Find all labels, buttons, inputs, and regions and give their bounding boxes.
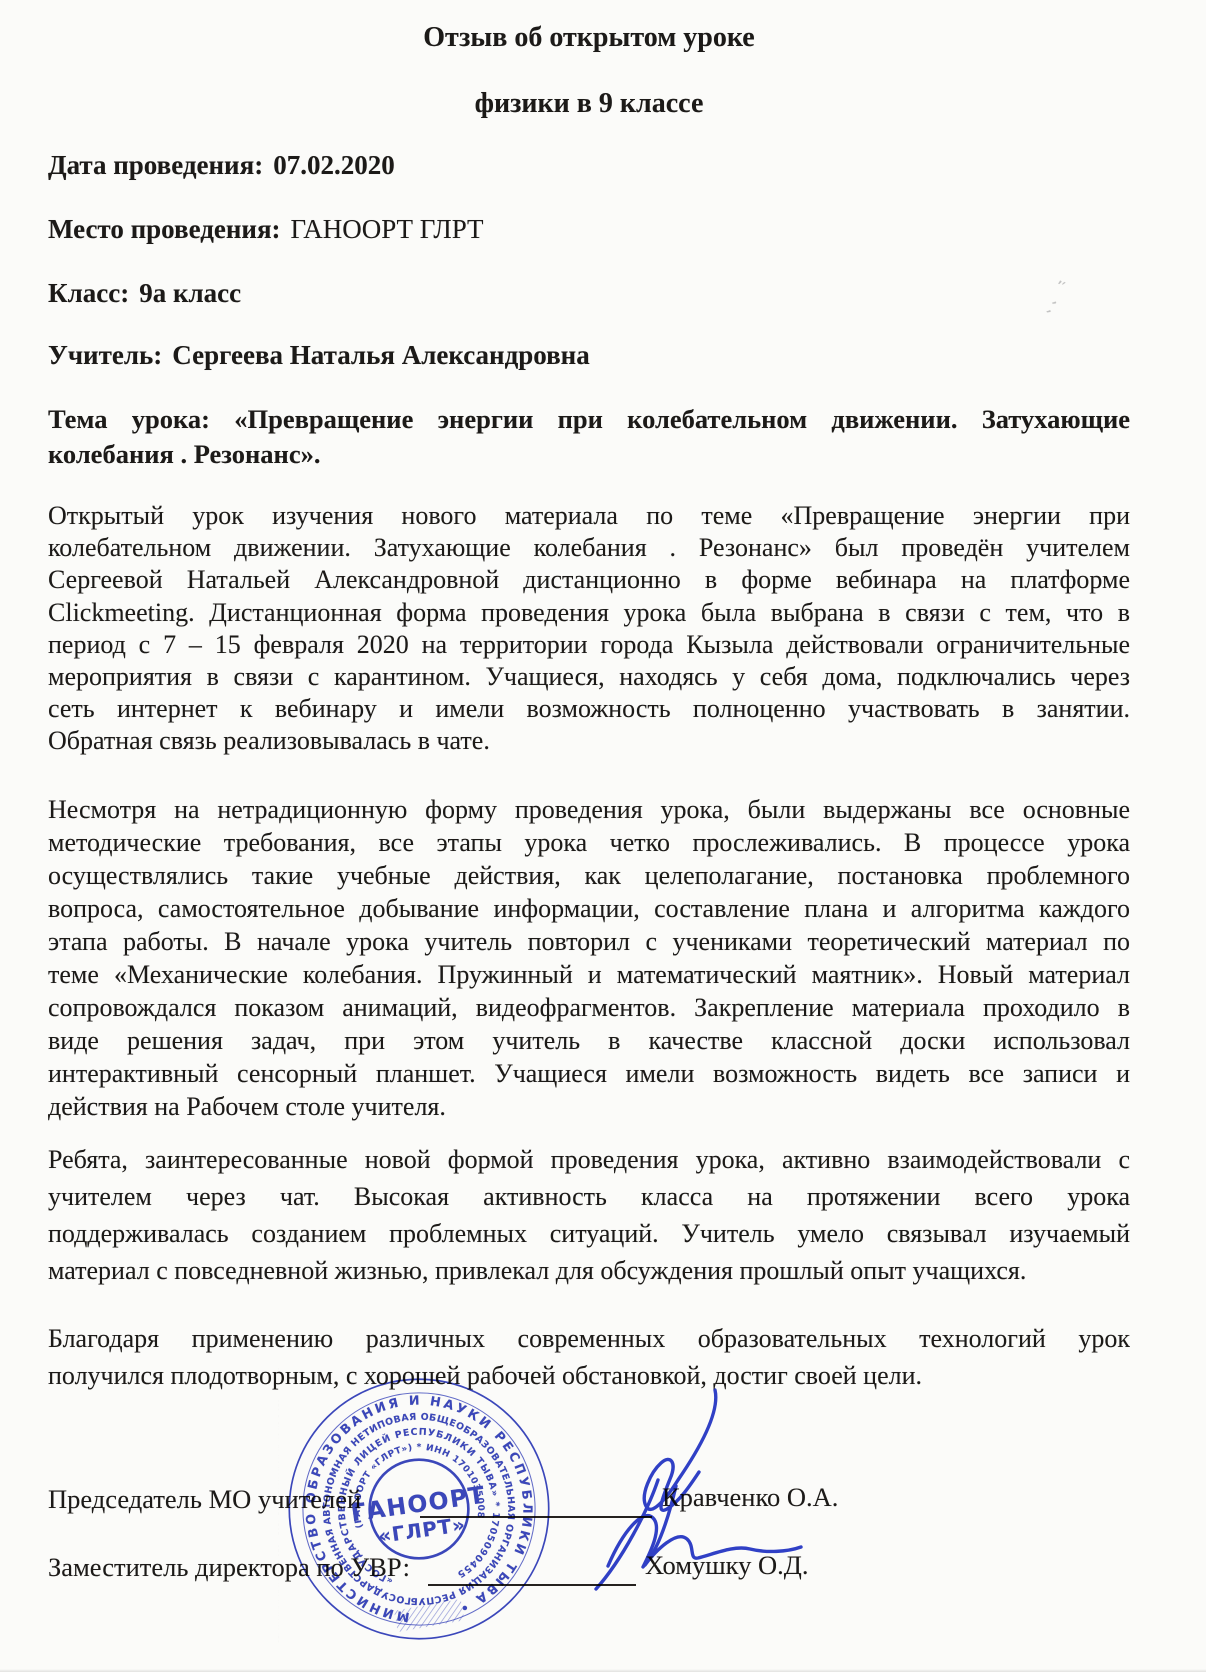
paragraph-line: осуществлялись такие учебные действия, к… xyxy=(48,859,1130,892)
paragraph-line: Несмотря на нетрадиционную форму проведе… xyxy=(48,793,1130,826)
document-title: Отзыв об открытом уроке xyxy=(48,22,1130,54)
field-date: Дата проведения:07.02.2020 xyxy=(48,150,395,181)
paragraph-line: период с 7 – 15 февраля 2020 на территор… xyxy=(48,629,1130,661)
paragraph-line: вопроса, самостоятельное добывание инфор… xyxy=(48,892,1130,925)
paragraph-line: действия на Рабочем столе учителя. xyxy=(48,1090,1130,1123)
scan-artifact: ’, xyxy=(1042,298,1062,315)
field-teacher-value: Сергеева Наталья Александровна xyxy=(172,340,589,370)
paragraph-line: методические требования, все этапы урока… xyxy=(48,826,1130,859)
paragraph-line: Clickmeeting. Дистанционная форма провед… xyxy=(48,597,1130,629)
stamp-microtext: • СЕРТИФИКАТ № ПС RU В 920 • 2017-10 • С… xyxy=(278,1368,280,1650)
paragraph-line: этапа работы. В начале урока учитель пов… xyxy=(48,925,1130,958)
field-place-label: Место проведения: xyxy=(48,214,281,244)
paragraph-line: Сергеевой Натальей Александровной дистан… xyxy=(48,564,1130,596)
paragraph-line: сеть интернет к вебинару и имели возможн… xyxy=(48,693,1130,725)
field-class-value: 9а класс xyxy=(139,278,241,308)
paragraph-line: поддерживалась созданием проблемных ситу… xyxy=(48,1215,1130,1252)
paragraph-line: интерактивный сенсорный планшет. Учащиес… xyxy=(48,1057,1130,1090)
paragraph-line: учителем через чат. Высокая активность к… xyxy=(48,1178,1130,1215)
field-teacher-label: Учитель: xyxy=(48,340,162,370)
field-date-label: Дата проведения: xyxy=(48,150,263,180)
topic-line: колебания . Резонанс». xyxy=(48,437,1130,472)
paragraph-line: колебательном движении. Затухающие колеб… xyxy=(48,532,1130,564)
paragraph-line: виде решения задач, при этом учитель в к… xyxy=(48,1024,1130,1057)
paragraph-line: мероприятия в связи с карантином. Учащие… xyxy=(48,661,1130,693)
field-place: Место проведения:ГАНООРТ ГЛРТ xyxy=(48,214,484,245)
field-class: Класс:9а класс xyxy=(48,278,241,309)
scan-artifact: ’′ xyxy=(1053,277,1067,297)
document-subtitle: физики в 9 классе xyxy=(48,88,1130,120)
scanned-document-page: Отзыв об открытом уроке физики в 9 класс… xyxy=(0,0,1206,1672)
paragraph-1: Открытый урок изучения нового материала … xyxy=(48,500,1130,758)
field-teacher: Учитель:Сергеева Наталья Александровна xyxy=(48,340,590,371)
paragraph-line: сопровождался показом анимаций, видеофра… xyxy=(48,991,1130,1024)
paragraph-line: Благодаря применению различных современн… xyxy=(48,1320,1130,1357)
paragraph-line: Ребята, заинтересованные новой формой пр… xyxy=(48,1141,1130,1178)
field-class-label: Класс: xyxy=(48,278,129,308)
field-date-value: 07.02.2020 xyxy=(273,150,395,180)
paragraph-line: Открытый урок изучения нового материала … xyxy=(48,500,1130,532)
lesson-topic: Тема урока: «Превращение энергии при кол… xyxy=(48,402,1130,472)
signature-stroke-khomushku xyxy=(596,1480,801,1589)
paragraph-line: Обратная связь реализовывалась в чате. xyxy=(48,725,1130,757)
handwritten-signatures xyxy=(390,1368,850,1618)
paragraph-3: Ребята, заинтересованные новой формой пр… xyxy=(48,1141,1130,1289)
field-place-value: ГАНООРТ ГЛРТ xyxy=(291,214,484,244)
paragraph-line: теме «Механические колебания. Пружинный … xyxy=(48,958,1130,991)
paragraph-line: материал с повседневной жизнью, привлека… xyxy=(48,1252,1130,1289)
topic-line: Тема урока: «Превращение энергии при кол… xyxy=(48,402,1130,437)
paragraph-2: Несмотря на нетрадиционную форму проведе… xyxy=(48,793,1130,1123)
